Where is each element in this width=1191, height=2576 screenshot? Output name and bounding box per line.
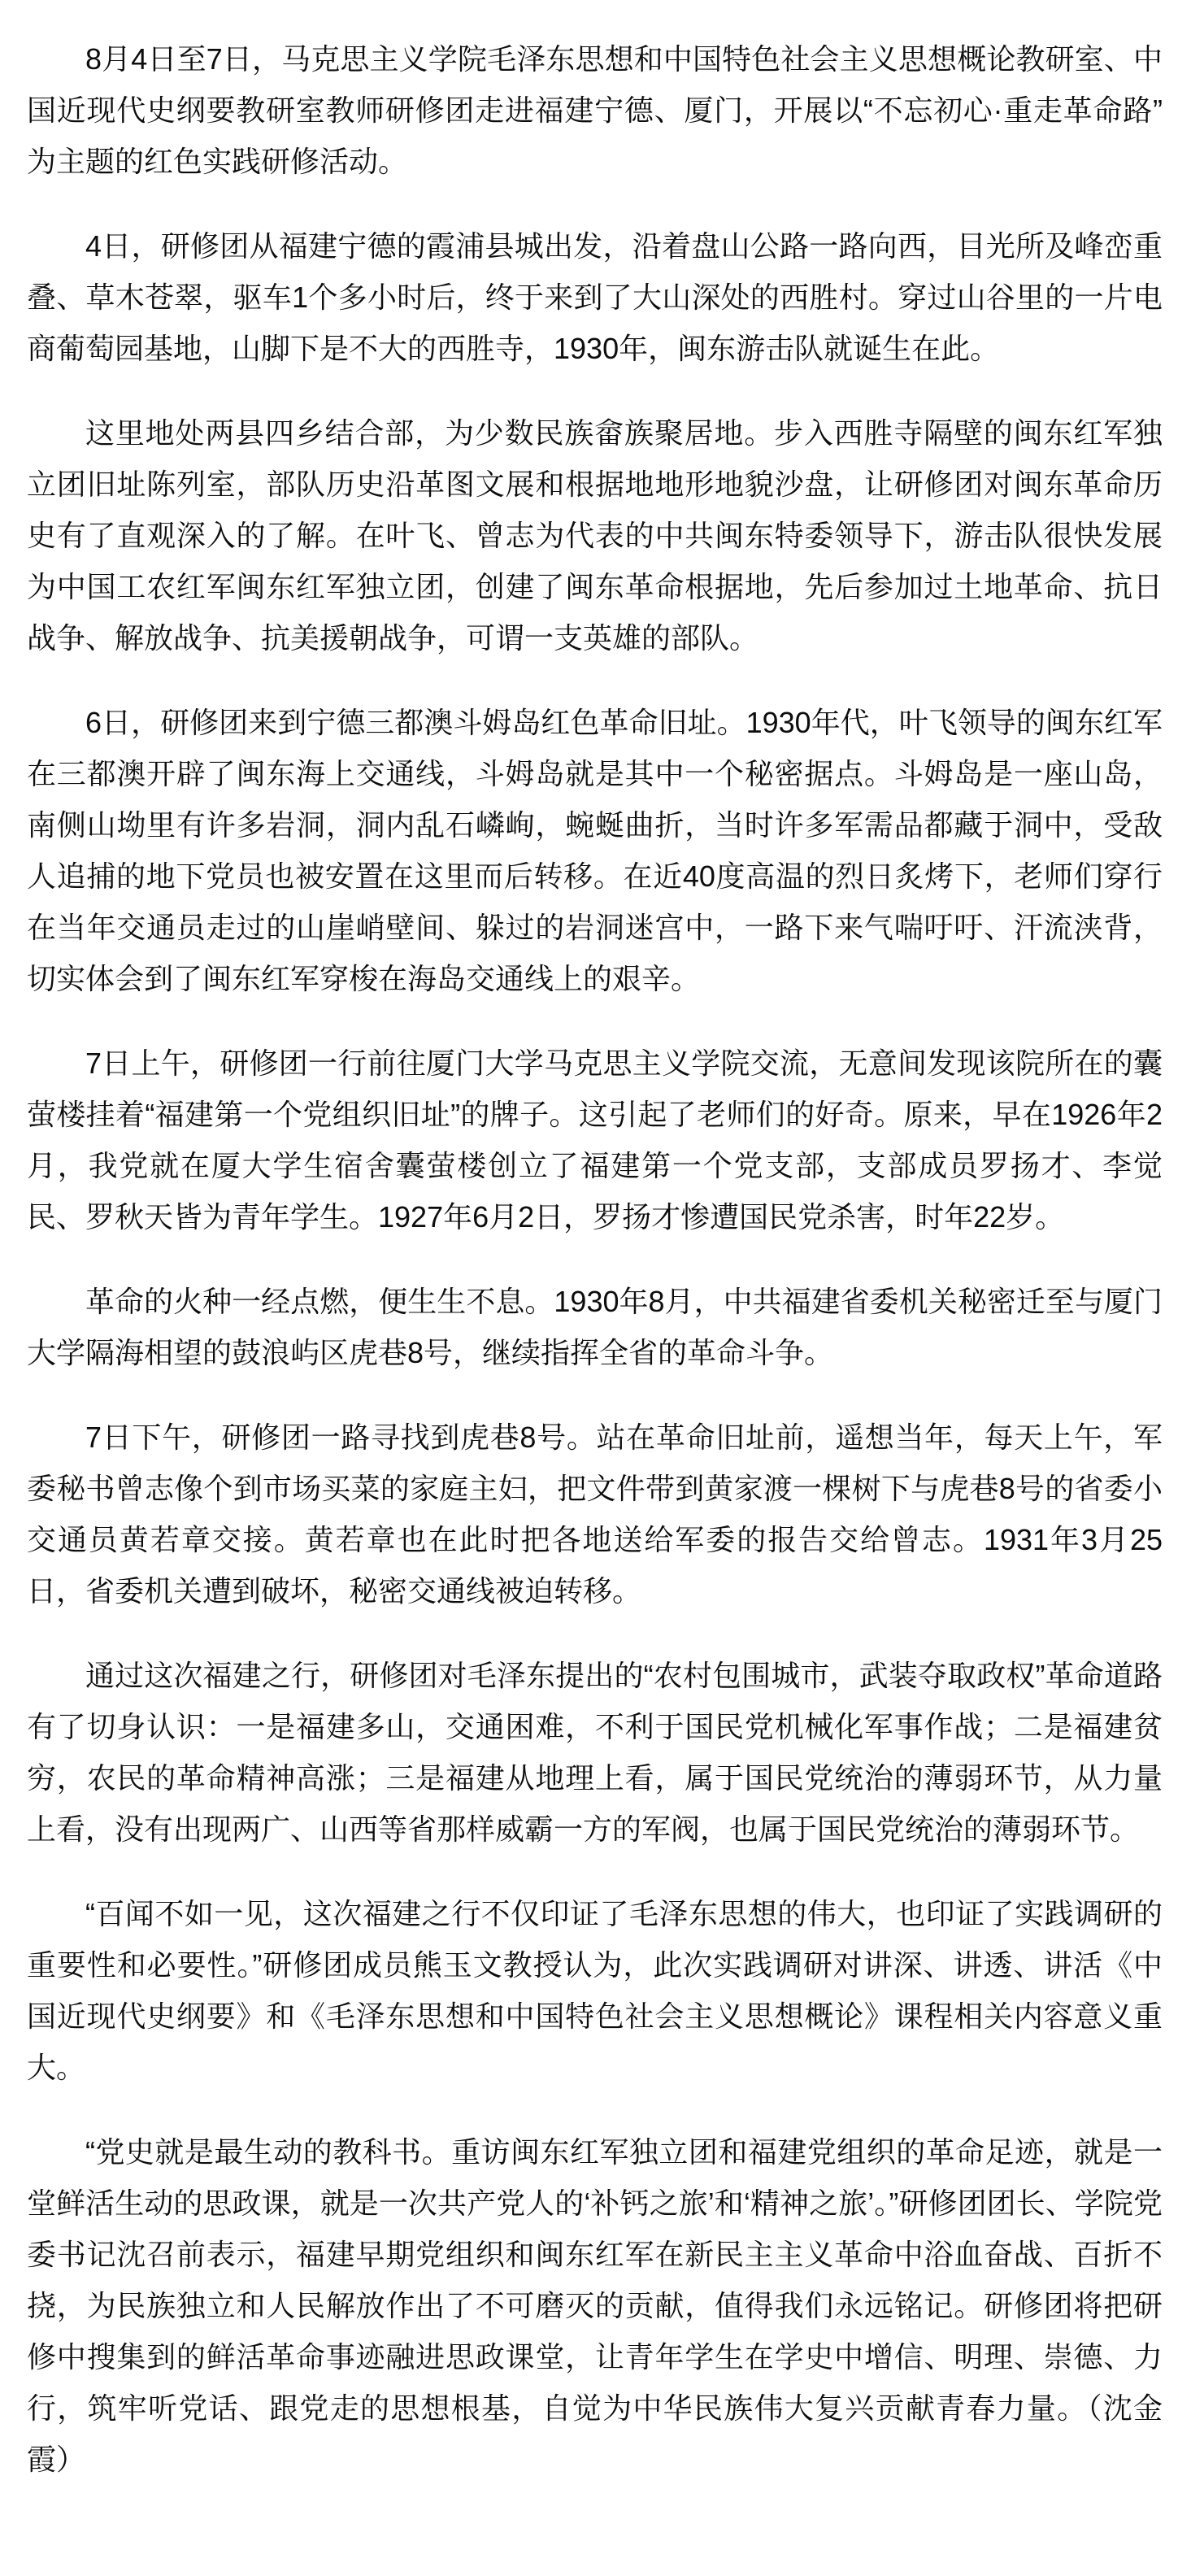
paragraph-10: “党史就是最生动的教科书。重访闽东红军独立团和福建党组织的革命足迹，就是一堂鲜活…	[27, 2126, 1163, 2485]
paragraph-6: 革命的火种一经点燃，便生生不息。1930年8月，中共福建省委机关秘密迁至与厦门大…	[27, 1276, 1163, 1378]
paragraph-3: 这里地处两县四乡结合部，为少数民族畲族聚居地。步入西胜寺隔壁的闽东红军独立团旧址…	[27, 407, 1163, 664]
paragraph-5: 7日上午，研修团一行前往厦门大学马克思主义学院交流，无意间发现该院所在的囊萤楼挂…	[27, 1038, 1163, 1242]
paragraph-8: 通过这次福建之行，研修团对毛泽东提出的“农村包围城市，武装夺取政权”革命道路有了…	[27, 1650, 1163, 1855]
paragraph-4: 6日，研修团来到宁德三都澳斗姆岛红色革命旧址。1930年代，叶飞领导的闽东红军在…	[27, 697, 1163, 1004]
paragraph-1: 8月4日至7日，马克思主义学院毛泽东思想和中国特色社会主义思想概论教研室、中国近…	[27, 33, 1163, 187]
paragraph-7: 7日下午，研修团一路寻找到虎巷8号。站在革命旧址前，遥想当年，每天上午，军委秘书…	[27, 1412, 1163, 1617]
article-body: 8月4日至7日，马克思主义学院毛泽东思想和中国特色社会主义思想概论教研室、中国近…	[27, 33, 1163, 2485]
document-page: 8月4日至7日，马克思主义学院毛泽东思想和中国特色社会主义思想概论教研室、中国近…	[0, 0, 1191, 2576]
paragraph-9: “百闻不如一见，这次福建之行不仅印证了毛泽东思想的伟大，也印证了实践调研的重要性…	[27, 1888, 1163, 2093]
paragraph-2: 4日，研修团从福建宁德的霞浦县城出发，沿着盘山公路一路向西，目光所及峰峦重叠、草…	[27, 220, 1163, 374]
